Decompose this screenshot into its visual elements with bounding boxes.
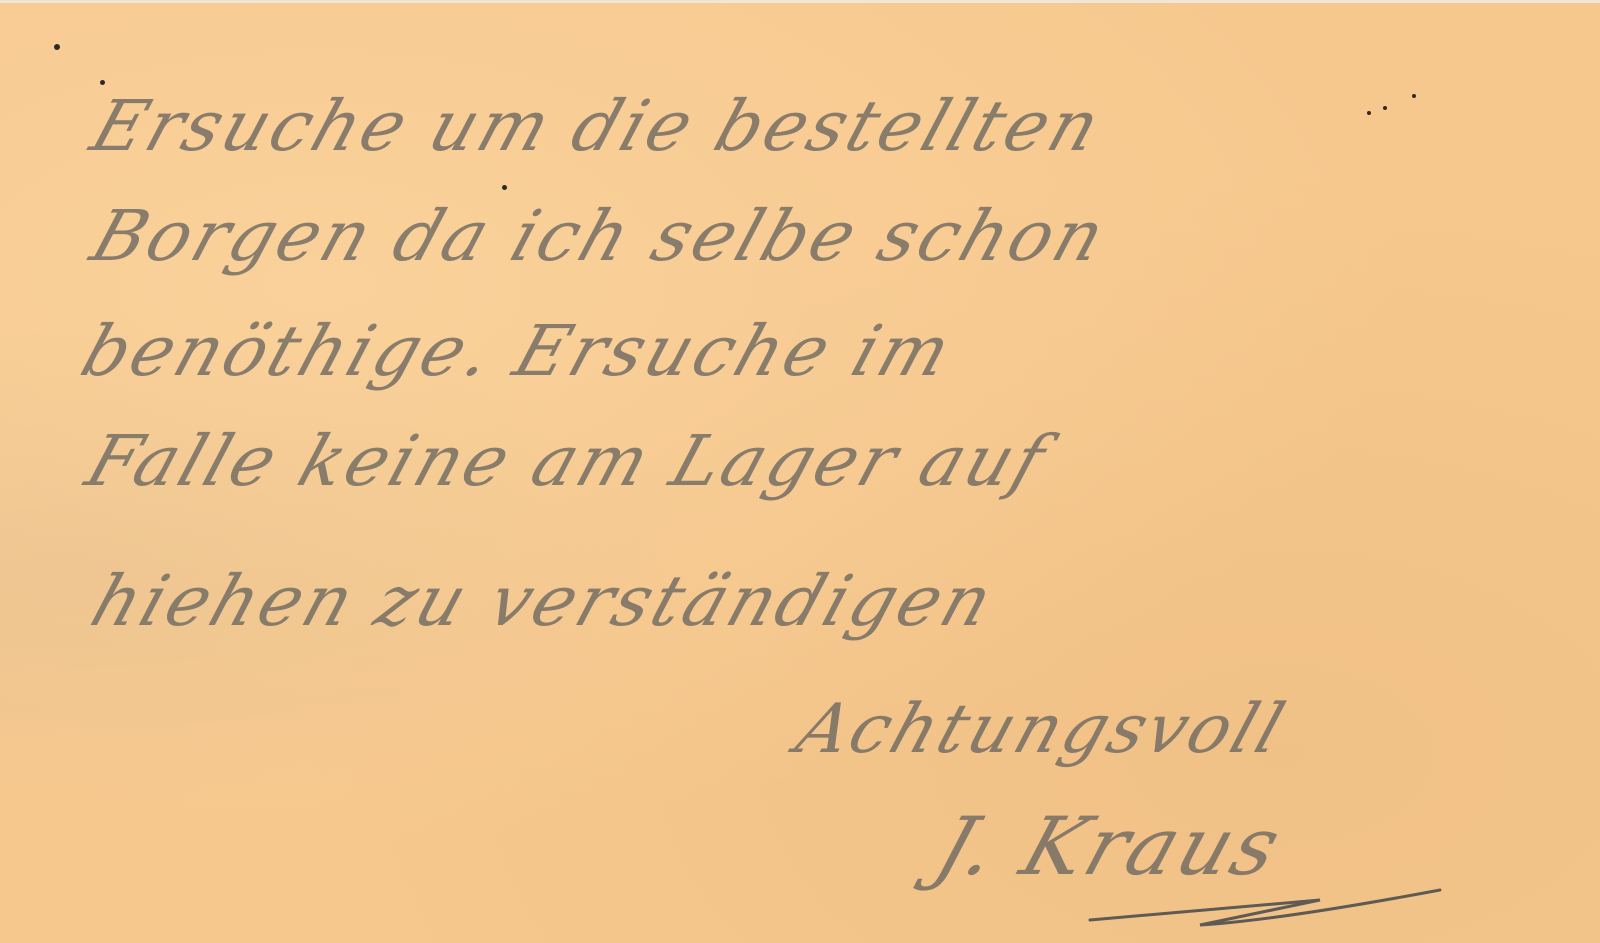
signature: J. Kraus	[925, 800, 1294, 893]
handwritten-line-1: Ersuche um die bestellten	[82, 85, 1113, 167]
handwritten-line-5: hiehen zu verständigen	[82, 560, 1005, 642]
handwritten-line-4: Falle keine am Lager auf	[77, 420, 1058, 502]
closing-salutation: Achtungsvoll	[787, 690, 1296, 769]
ink-speck	[54, 44, 60, 50]
handwritten-line-3: benöthige. Ersuche im	[72, 310, 964, 392]
handwritten-line-2: Borgen da ich selbe schon	[82, 195, 1118, 277]
ink-speck	[1412, 94, 1416, 98]
ink-speck	[100, 80, 105, 85]
ink-speck	[1383, 106, 1387, 110]
ink-speck	[1367, 111, 1371, 115]
ink-speck	[502, 185, 507, 190]
postcard: Ersuche um die bestellten Borgen da ich …	[0, 0, 1600, 943]
